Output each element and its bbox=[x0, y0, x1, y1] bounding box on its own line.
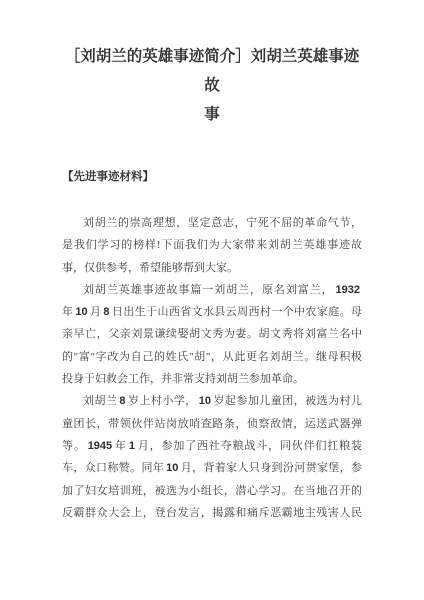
section-heading: 【先进事迹材料】 bbox=[62, 167, 362, 187]
text-line: 年10月8日出生于山西省文水县云周西村一个中农家庭。母 bbox=[62, 301, 362, 323]
document-title: ［刘胡兰的英雄事迹简介］刘胡兰英雄事迹 故 事 bbox=[62, 42, 362, 129]
text-line: 亲早亡，父亲刘景谦续娶胡文秀为妻。胡文秀将刘富兰名中 bbox=[62, 323, 362, 345]
text-line: 刘胡兰8岁上村小学，10岁起参加儿童团，被选为村儿 bbox=[62, 390, 362, 412]
text-line: 是我们学习的榜样!下面我们为大家带来刘胡兰英雄事迹故 bbox=[62, 234, 362, 256]
document-body: 刘胡兰的崇高理想，坚定意志，宁死不屈的革命气节， 是我们学习的榜样!下面我们为大… bbox=[62, 212, 362, 524]
text-line: 童团长，带领伙伴站岗放哨查路条，侦察敌情，运送武器弹 bbox=[62, 413, 362, 435]
text-line: 反霸群众大会上，登台发言，揭露和痛斥恶霸地主残害人民 bbox=[62, 502, 362, 524]
text-line: 车，众口称赞。同年10月，背着家人只身到汾河贯家堡，参 bbox=[62, 457, 362, 479]
text-line: 事，仅供参考，希望能够帮到大家。 bbox=[62, 257, 362, 279]
text-line: 等。1945年1月，参加了西社夺粮战斗，同伙伴们扛粮装 bbox=[62, 435, 362, 457]
text-line: 的"富"字改为自己的姓氏"胡"，从此更名刘胡兰。继母积极 bbox=[62, 346, 362, 368]
title-line-3: 事 bbox=[62, 100, 362, 129]
title-line-2: 故 bbox=[62, 71, 362, 100]
document-page: ［刘胡兰的英雄事迹简介］刘胡兰英雄事迹 故 事 【先进事迹材料】 刘胡兰的崇高理… bbox=[0, 0, 424, 600]
text-line: 投身于妇救会工作，并非常支持刘胡兰参加革命。 bbox=[62, 368, 362, 390]
text-line: 加了妇女培训班，被选为小组长，潜心学习。在当地召开的 bbox=[62, 480, 362, 502]
text-line: 刘胡兰的崇高理想，坚定意志，宁死不屈的革命气节， bbox=[62, 212, 362, 234]
paragraph-intro: 刘胡兰的崇高理想，坚定意志，宁死不屈的革命气节， 是我们学习的榜样!下面我们为大… bbox=[62, 212, 362, 279]
title-line-1: ［刘胡兰的英雄事迹简介］刘胡兰英雄事迹 bbox=[62, 42, 362, 71]
paragraph-childhood: 刘胡兰8岁上村小学，10岁起参加儿童团，被选为村儿 童团长，带领伙伴站岗放哨查路… bbox=[62, 390, 362, 524]
text-line: 刘胡兰英雄事迹故事篇一刘胡兰，原名刘富兰，1932 bbox=[62, 279, 362, 301]
paragraph-biography: 刘胡兰英雄事迹故事篇一刘胡兰，原名刘富兰，1932 年10月8日出生于山西省文水… bbox=[62, 279, 362, 390]
